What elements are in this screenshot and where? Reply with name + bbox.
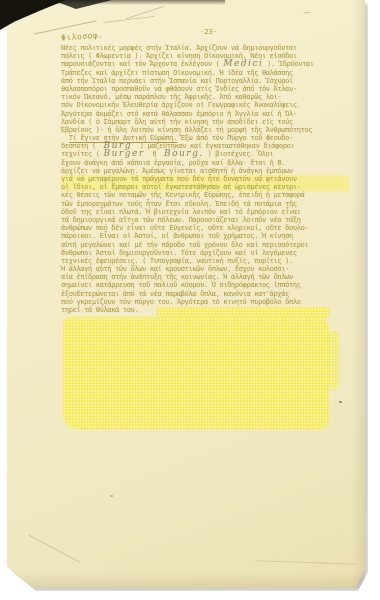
paper-right-edge-shading bbox=[351, 0, 365, 588]
typed-text: τῶν ἐμπορευμάτων τούς ἦταν ἔτσι εὔκολη. … bbox=[61, 200, 297, 208]
text-line: πόν Οἰκονομικήν Ἐλευθερία ἀρχίζουν οἱ Γε… bbox=[61, 101, 349, 109]
typed-text: τά δημιουργικά αἴτια τῶν πόλεων. Παρουσι… bbox=[61, 216, 301, 224]
text-line: ὁδοῦ της εἶναι πλωτά. Ἡ βιοτεχνία λοιπόν… bbox=[61, 208, 349, 216]
text-line: Ἑβραίους )· ἡ ὅλη λοιπόν κίνηση ἀλλάζει … bbox=[61, 126, 349, 134]
typewritten-page: Φιλοσοφ. -23- Νέες πολιτικές μορφές στήν… bbox=[7, 0, 365, 588]
typed-text: τεχνικές ἐφευρέσεις. ( Τυπογραφία, ναυτι… bbox=[61, 257, 293, 265]
typed-text: γιά νά μεταφέρουν τά πράγματα πού δέν ἦτ… bbox=[61, 175, 297, 183]
typed-text: ἐξουδετερώνεται ἀπό τά νέα παραβόλα ὅπλα… bbox=[61, 290, 289, 298]
typed-text: Ἔξω ἀπό τόν Πύργο τοῦ Φεουδο- bbox=[177, 134, 293, 142]
typed-text: ἤ bbox=[145, 150, 164, 158]
text-line: ἀρχίζει νά μεγαλώνῃ. Ἀμέσως γίνεται αἰσθ… bbox=[61, 167, 349, 175]
typed-text: τικόν Ὠκεανό, μέσῳ παράπλου τῆς Ἀφρικῆς.… bbox=[61, 93, 281, 101]
text-line: ἄνθρωποι Ἀστοί δημιουργοῦνται. Τότε ἀρχί… bbox=[61, 249, 349, 257]
typed-text bbox=[61, 134, 69, 142]
typed-text: λανδία ( ὁ Σόμπαρτ ὅλη αὐτή τήν κίνηση τ… bbox=[61, 118, 293, 126]
typed-text: Ἑβραίους )· ἡ ὅλη λοιπόν κίνηση ἀλλάζει … bbox=[61, 126, 312, 134]
text-line: θαλασσοπόροι προσπαθοῦν νά φθάσουν στίς … bbox=[61, 85, 349, 93]
text-line: πάροικοι. Εἶναι οἱ Ἀστοί, οἱ ἄνθρωποι το… bbox=[61, 232, 349, 240]
paper-crease bbox=[257, 560, 357, 564]
page-number: -23- bbox=[200, 28, 217, 36]
typed-text: ). Ἱδρύονται bbox=[263, 60, 313, 68]
typed-text: κές θέσεις τῶν ποταμῶν τῆς Κεντρικῆς Εὐρ… bbox=[61, 191, 304, 199]
typed-text-block: Νέες πολιτικές μορφές στήν Ἰταλία. Ἀρχίζ… bbox=[61, 44, 349, 314]
text-line: πού γκρεμίζουν τόν πύργο του. Ἀργότερα τ… bbox=[61, 298, 349, 306]
typed-text: ὁδοῦ της εἶναι πλωτά. Ἡ βιοτεχνία λοιπόν… bbox=[61, 208, 301, 216]
typed-text: Ἀργότερα ἀκμάζει στό κατά θάλασσαν ἐμπόρ… bbox=[61, 110, 297, 118]
paper-speck bbox=[110, 495, 113, 497]
typed-text: ἄνθρωποι Ἀστοί δημιουργοῦνται. Τότε ἀρχί… bbox=[61, 249, 297, 257]
text-line: Νέες πολιτικές μορφές στήν Ἰταλία. Ἀρχίζ… bbox=[61, 44, 349, 52]
page-header-note: Φιλοσοφ. bbox=[61, 31, 104, 43]
highlighter-scribble-block bbox=[63, 317, 329, 429]
typed-text: αὐτή μεγαλώνει καί μέ τήν πάροδο τοῦ χρό… bbox=[61, 241, 308, 249]
text-line: κές θέσεις τῶν ποταμῶν τῆς Κεντρικῆς Εὐρ… bbox=[61, 191, 349, 199]
typed-text: Ἡ ἀλλαγή αὐτή τῶν ὅλων καί κρουστικῶν ὅπ… bbox=[61, 265, 289, 273]
typed-text: ἀρχίζει νά μεγαλώνῃ. Ἀμέσως γίνεται αἰσθ… bbox=[61, 167, 293, 175]
text-line: παρουσιάζονται καί τόν Ἄρχοντα ἐκλέγουν … bbox=[61, 60, 349, 68]
typed-text: Νέες πολιτικές μορφές στήν Ἰταλία. Ἀρχίζ… bbox=[61, 44, 297, 52]
typed-text: πού γκρεμίζουν τόν πύργο του. Ἀργότερα τ… bbox=[61, 298, 301, 306]
pencil-mark bbox=[303, 12, 311, 14]
text-line: ἔχουν ἀνάγκη ἀπό κάποια ἐργασία, ροῦχα κ… bbox=[61, 159, 349, 167]
typed-text: θαλασσοπόροι προσπαθοῦν νά φθάσουν στίς … bbox=[61, 85, 297, 93]
typed-text: ἔχουν ἀνάγκη ἀπό κάποια ἐργασία, ροῦχα κ… bbox=[61, 159, 285, 167]
text-line: Ἀργότερα ἀκμάζει στό κατά θάλασσαν ἐμπόρ… bbox=[61, 110, 349, 118]
text-line: τῶν ἐμπορευμάτων τούς ἦταν ἔτσι εὔκολη. … bbox=[61, 200, 349, 208]
typed-text: τεχνίτες ( bbox=[61, 150, 104, 158]
typed-text: ) βιοτέχνες. Ὅλοι bbox=[204, 150, 274, 158]
typed-text: ἀπό τήν Ἰταλία περνάει στήν Ἱσπανία καί … bbox=[61, 77, 293, 85]
paper-crease bbox=[28, 534, 80, 562]
text-line: Τράπεζες καί ἀρχίζει πίστωση Οἰκονομική.… bbox=[61, 69, 349, 77]
typed-text: σημαίνει κατάρρευση τοῦ παλιοῦ κόσμου. Ὁ… bbox=[61, 281, 301, 289]
text-line: αὐτή μεγαλώνει καί μέ τήν πάροδο τοῦ χρό… bbox=[61, 241, 349, 249]
typed-text: πόν Οἰκονομικήν Ἐλευθερία ἀρχίζουν οἱ Γε… bbox=[61, 101, 301, 109]
typed-text: τηρεῖ τά θύλακά του. bbox=[61, 306, 138, 314]
text-line: ἀπό τήν Ἰταλία περνάει στήν Ἱσπανία καί … bbox=[61, 77, 349, 85]
scanned-document-photo: { "page": { "header_note": "Φιλοσοφ.", "… bbox=[0, 0, 380, 600]
typed-text: πάροικοι. Εἶναι οἱ Ἀστοί, οἱ ἄνθρωποι το… bbox=[61, 232, 293, 240]
paper-bottom-edge-shading bbox=[7, 572, 365, 588]
text-line: ἐξουδετερώνεται ἀπό τά νέα παραβόλα ὅπλα… bbox=[61, 290, 349, 298]
typed-text: οἱ ἴδιοι, οἱ ἔμποροι αὐτοί ἐγκατεστάθησα… bbox=[61, 183, 301, 191]
typed-text: παρουσιάζονται καί τόν Ἄρχοντα ἐκλέγουν … bbox=[61, 60, 223, 68]
highlighter-scribble-edge bbox=[329, 330, 339, 390]
text-line: τά δημιουργικά αἴτια τῶν πόλεων. Παρουσι… bbox=[61, 216, 349, 224]
text-line: τεχνίτες ( Burger ἤ Bourg. ) βιοτέχνες. … bbox=[61, 150, 349, 158]
text-line: γιά νά μεταφέρουν τά πράγματα πού δέν ἦτ… bbox=[61, 175, 349, 183]
ink-speck bbox=[339, 401, 342, 403]
typed-text: Τράπεζες καί ἀρχίζει πίστωση Οἰκονομική.… bbox=[61, 69, 293, 77]
text-line: σημαίνει κατάρρευση τοῦ παλιοῦ κόσμου. Ὁ… bbox=[61, 281, 349, 289]
text-line: λανδία ( ὁ Σόμπαρτ ὅλη αὐτή τήν κίνηση τ… bbox=[61, 118, 349, 126]
typed-text: ἀνθρώπων πού δέν εἶναι οὔτε Εὐγενεῖς, οὔ… bbox=[61, 224, 308, 232]
text-line: τεχνικές ἐφευρέσεις. ( Τυπογραφία, ναυτι… bbox=[61, 257, 349, 265]
